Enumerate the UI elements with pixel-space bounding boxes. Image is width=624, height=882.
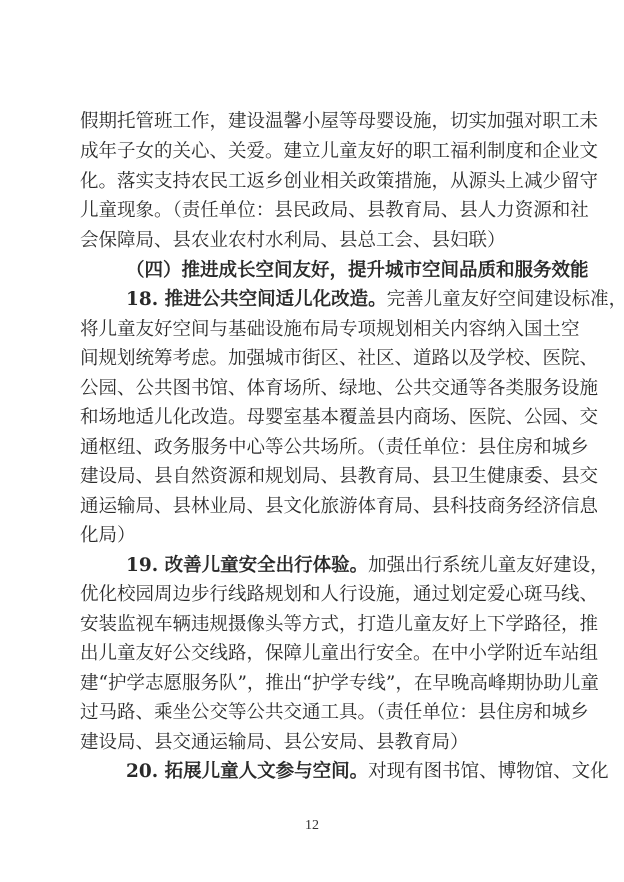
item-20-text: 对现有图书馆、博物馆、文化 bbox=[368, 761, 609, 782]
paragraph-line: 出儿童友好公交线路，保障儿童出行安全。在中小学附近车站组 bbox=[80, 639, 546, 669]
paragraph-line: 通枢纽、政务服务中心等公共场所。（责任单位：县住房和城乡 bbox=[80, 433, 546, 463]
item-20-title: 20. 拓展儿童人文参与空间。 bbox=[126, 761, 368, 782]
paragraph-line: 间规划统筹考虑。加强城市街区、社区、道路以及学校、医院、 bbox=[80, 344, 546, 374]
paragraph-line: 化局） bbox=[80, 521, 546, 551]
item-19-first-line: 19. 改善儿童安全出行体验。加强出行系统儿童友好建设， bbox=[126, 551, 546, 581]
paragraph-line: 儿童现象。（责任单位：县民政局、县教育局、县人力资源和社 bbox=[80, 196, 546, 226]
item-18-text: 完善儿童友好空间建设标准， bbox=[387, 289, 624, 310]
paragraph-line: 会保障局、县农业农村水利局、县总工会、县妇联） bbox=[80, 226, 546, 256]
paragraph-line: 将儿童友好空间与基础设施布局专项规划相关内容纳入国土空 bbox=[80, 315, 546, 345]
paragraph-line: 假期托管班工作，建设温馨小屋等母婴设施，切实加强对职工未 bbox=[80, 107, 546, 137]
paragraph-line: 成年子女的关心、关爱。建立儿童友好的职工福利制度和企业文 bbox=[80, 137, 546, 167]
paragraph-line: 建“护学志愿服务队”，推出“护学专线”，在早晚高峰期协助儿童 bbox=[80, 669, 546, 699]
paragraph-line: 安装监视车辆违规摄像头等方式，打造儿童友好上下学路径，推 bbox=[80, 610, 546, 640]
paragraph-line: 建设局、县自然资源和规划局、县教育局、县卫生健康委、县交 bbox=[80, 462, 546, 492]
paragraph-line: 化。落实支持农民工返乡创业相关政策措施，从源头上减少留守 bbox=[80, 167, 546, 197]
document-page: 假期托管班工作，建设温馨小屋等母婴设施，切实加强对职工未 成年子女的关心、关爱。… bbox=[0, 0, 624, 882]
item-20-first-line: 20. 拓展儿童人文参与空间。对现有图书馆、博物馆、文化 bbox=[126, 757, 546, 787]
page-number: 12 bbox=[0, 818, 624, 834]
item-18-first-line: 18. 推进公共空间适儿化改造。完善儿童友好空间建设标准， bbox=[126, 285, 546, 315]
item-19-title: 19. 改善儿童安全出行体验。 bbox=[126, 555, 368, 576]
paragraph-line: 公园、公共图书馆、体育场所、绿地、公共交通等各类服务设施 bbox=[80, 374, 546, 404]
item-18-title: 18. 推进公共空间适儿化改造。 bbox=[126, 289, 387, 310]
paragraph-line: 和场地适儿化改造。母婴室基本覆盖县内商场、医院、公园、交 bbox=[80, 403, 546, 433]
paragraph-line: 建设局、县交通运输局、县公安局、县教育局） bbox=[80, 728, 546, 758]
paragraph-line: 优化校园周边步行线路规划和人行设施，通过划定爱心斑马线、 bbox=[80, 580, 546, 610]
paragraph-line: 过马路、乘坐公交等公共交通工具。（责任单位：县住房和城乡 bbox=[80, 698, 546, 728]
paragraph-line: 通运输局、县林业局、县文化旅游体育局、县科技商务经济信息 bbox=[80, 492, 546, 522]
section-heading: （四）推进成长空间友好，提升城市空间品质和服务效能 bbox=[126, 256, 546, 286]
item-19-text: 加强出行系统儿童友好建设， bbox=[368, 555, 609, 576]
